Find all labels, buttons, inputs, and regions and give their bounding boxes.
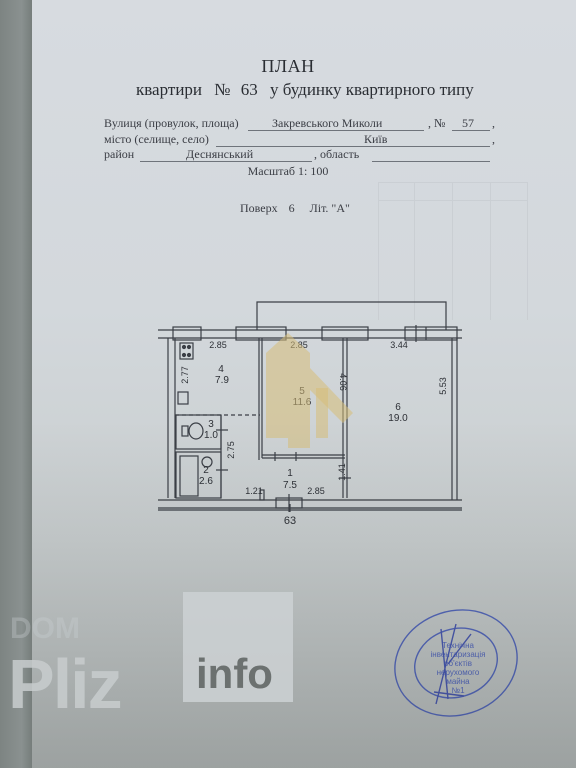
room-3-area: 1.0: [204, 430, 218, 441]
stamp-line: об'єктів: [444, 659, 472, 668]
official-stamp-icon: Технічна інвентаризація об'єктів нерухом…: [386, 604, 526, 722]
stamp-line: інвентаризація: [431, 650, 486, 659]
dim-room6-depth: 5.53: [438, 377, 448, 395]
room-2-area: 2.6: [199, 476, 213, 487]
dim-bath-depth: 2.75: [226, 441, 236, 459]
watermark-info: info: [196, 650, 273, 698]
room-6-area: 19.0: [388, 413, 408, 424]
room-1-number: 1: [287, 468, 293, 479]
dim-kitchen-depth: 2.77: [180, 366, 190, 384]
dim-hall-left: 1.21: [245, 486, 263, 496]
stamp-line: нерухомого: [437, 668, 480, 677]
room-1-area: 7.5: [283, 480, 297, 491]
entrance-label: 63: [284, 515, 296, 527]
stamp-line: №1: [451, 686, 465, 695]
dim-room6-width: 3.44: [390, 340, 408, 350]
dim-hall-right: 2.85: [307, 486, 325, 496]
room-2-number: 2: [203, 465, 209, 476]
room-3-number: 3: [208, 419, 214, 430]
dim-kitchen-width: 2.85: [209, 340, 227, 350]
stamp-line: Технічна: [442, 641, 474, 650]
watermark-dom: DOM: [10, 612, 80, 646]
watermark-pliz: Pliz: [8, 644, 121, 724]
logo-watermark-icon: [258, 328, 358, 448]
room-6-number: 6: [395, 402, 401, 413]
stamp-line: майна: [446, 677, 470, 686]
room-4-number: 4: [218, 364, 224, 375]
dim-hall-depth: 1.41: [337, 463, 347, 481]
room-4-area: 7.9: [215, 375, 229, 386]
